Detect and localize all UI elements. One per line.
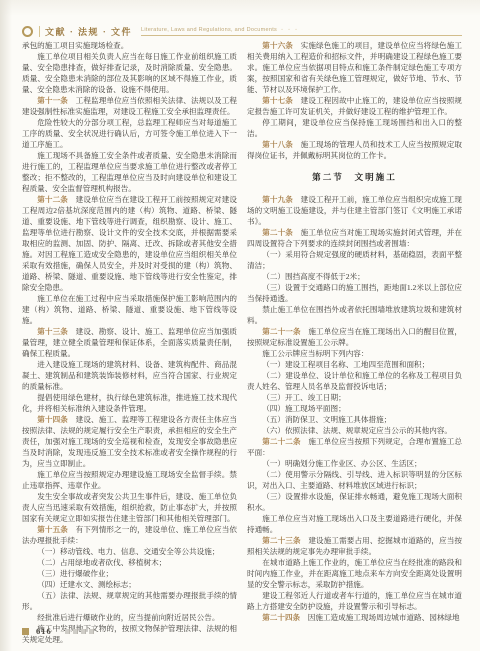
paragraph: （一）明确划分施工作业区、办公区、生活区； — [247, 458, 462, 469]
article-number: 第十九条 — [262, 195, 293, 204]
header-rule: Literature, Laws and Regulations, and Do… — [141, 27, 462, 36]
header-dots: ◦ ◦ ◦ — [281, 28, 299, 33]
paragraph: 禁止施工单位在围挡外或者依托围墙堆放建筑垃圾和建筑材料。 — [247, 304, 462, 326]
volume-mark — [89, 629, 94, 634]
paragraph: （五）法律、法规、规章规定的其他需要办理报批手续的情形。 — [22, 590, 237, 612]
paragraph: （二）使用警示分隔线、引导线、进入标识等明显的分区标识，对出入口、主要道路、材料… — [247, 469, 462, 491]
paragraph: （三）设置于交通路口的施工围挡，距地面1.2米以上部位应当保持通透。 — [247, 282, 462, 304]
volume-marks-icon — [65, 629, 94, 634]
paragraph: 第二十一条 施工单位应当在施工现场出入口的醒目位置，按照规定标准设置施工公示牌。 — [247, 326, 462, 348]
footer-square-icon — [22, 628, 29, 635]
right-column: 第十六条 实施绿色施工的项目，建设单位应当将绿色施工相关费用纳入工程造价和招标文… — [247, 40, 462, 645]
paragraph: 第十四条 建设、施工、监理等工程建设各方责任主体应当按照法律、法规的规定履行安全… — [22, 414, 237, 469]
article-number: 第十六条 — [262, 41, 293, 50]
volume-mark — [73, 629, 78, 634]
article-number: 第二十一条 — [262, 327, 300, 336]
volume-mark — [81, 629, 86, 634]
page-footer: 616 — [22, 626, 94, 636]
paragraph: （二）围挡高度不得低于2米； — [247, 271, 462, 282]
paragraph: （五）消防保卫、文明施工具体措施； — [247, 414, 462, 425]
paragraph: （三）设置排水设施，保证排水畅通，避免施工现场大面积积水。 — [247, 491, 462, 513]
document-page: 文献 · 法规 · 文件 Literature, Laws and Regula… — [0, 0, 480, 651]
paragraph: （一）移动管线、电力、信息、交通安全等公共设施； — [22, 546, 237, 557]
page-header: 文献 · 法规 · 文件 Literature, Laws and Regula… — [22, 23, 462, 39]
paragraph: 施工单位在施工过程中应当采取措施保护施工影响范围内的建（构）筑物、道路、桥梁、隧… — [22, 293, 237, 326]
scan-left-edge-shadow — [0, 0, 12, 651]
left-column: 承包的施工项目实施现场检查。施工单位项目相关负责人应当在每日施工作业前组织施工质… — [22, 40, 237, 645]
paragraph: 承包的施工项目实施现场检查。 — [22, 40, 237, 51]
paragraph: 第二十三条 建设施工需要占用、挖掘城市道路的，应当按照相关法规的规定事先办理审批… — [247, 535, 462, 557]
article-number: 第十二条 — [37, 195, 68, 204]
header-title-en: Literature, Laws and Regulations, and Do… — [141, 27, 277, 33]
paragraph: （四）迁建水文、测绘标志； — [22, 579, 237, 590]
paragraph: （一）采用符合规定强度的硬质材料，基础稳固，表面平整清洁； — [247, 249, 462, 271]
article-number: 第十四条 — [37, 415, 68, 424]
paragraph: 第十一条 工程监理单位应当依照相关法律、法规以及工程建设强制性标准实施监理，对建… — [22, 95, 237, 117]
paragraph: （四）施工现场平面图； — [247, 403, 462, 414]
article-number: 第二十四条 — [262, 613, 300, 622]
article-number: 第二十二条 — [262, 437, 300, 446]
paragraph: 第十五条 有下列情形之一的，建设单位、施工单位应当依法办理报批手续： — [22, 524, 237, 546]
article-number: 第十八条 — [262, 140, 293, 149]
ring-icon — [22, 26, 33, 37]
paragraph: 提倡使用绿色建材，执行绿色建筑标准，推进施工技术现代化，并将相关标准纳入建设条件… — [22, 392, 237, 414]
paragraph: 施工单位项目相关负责人应当在每日施工作业前组织施工质量、安全隐患排查，做好排查记… — [22, 51, 237, 95]
paragraph: （三）开工、竣工日期； — [247, 392, 462, 403]
paragraph: 危险性较大的分部分项工程，总监理工程师应当对每道施工工序的质量、安全状况进行确认… — [22, 117, 237, 150]
paragraph: 第十七条 建设工程因故中止施工的，建设单位应当按照规定报告施工许可发证机关，并做… — [247, 95, 462, 117]
paragraph: 第二十四条 因施工造成施工现场周边城市道路、园林绿地 — [247, 612, 462, 623]
paragraph: 施工公示牌应当标明下列内容： — [247, 348, 462, 359]
paragraph: 施工现场不具备施工安全条件或者质量、安全隐患未消除而进行施工的，工程监理单位应当… — [22, 150, 237, 194]
page-number: 616 — [36, 626, 52, 636]
paragraph: 第十九条 建设工程开工前，施工单位应当组织完成施工现场的文明施工设施建设，并与住… — [247, 194, 462, 227]
paragraph: （一）建设工程项目名称、工地四至范围和面积； — [247, 359, 462, 370]
paragraph: 第十六条 实施绿色施工的项目，建设单位应当将绿色施工相关费用纳入工程造价和招标文… — [247, 40, 462, 95]
paragraph: （三）进行爆破作业； — [22, 568, 237, 579]
paragraph: 第十二条 建设单位应当在建设工程开工前按照规定对建设工程周边2倍基坑深度范围内的… — [22, 194, 237, 293]
paragraph: 经批准后进行爆破作业的，应当提前向附近居民公告。 — [22, 612, 237, 623]
paragraph: 在城市道路上施工作业的，施工单位应当在经批准的路段和时间内施工作业，并在距离施工… — [247, 557, 462, 590]
header-title-cn: 文献 · 法规 · 文件 — [45, 25, 132, 38]
paragraph: 施工单位应当按照规定办理建设施工现场安全监督手续。禁止违章指挥、违章作业。 — [22, 469, 237, 491]
article-number: 第十五条 — [37, 525, 68, 534]
paragraph: 第十八条 施工现场的管理人员和技术工人应当按照规定取得岗位证书，并佩戴标明其岗位… — [247, 139, 462, 161]
paragraph: 第十三条 建设、勘察、设计、施工、监理单位应当加强质量管理，建立健全质量管理和保… — [22, 326, 237, 359]
scan-top-shadow — [0, 0, 480, 16]
article-number: 第十三条 — [37, 327, 68, 336]
text-columns: 承包的施工项目实施现场检查。施工单位项目相关负责人应当在每日施工作业前组织施工质… — [22, 40, 462, 645]
volume-mark — [65, 629, 70, 634]
paragraph: 施工单位应当对施工现场出入口及主要道路进行硬化，并保持通畅。 — [247, 513, 462, 535]
paragraph: 进入建设施工现场的建筑材料、设备、建筑构配件、商品混凝土、建筑制品和建筑装饰装修… — [22, 359, 237, 392]
paragraph: 停工期间，建设单位应当保持施工现场围挡和出入口的整洁。 — [247, 117, 462, 139]
paragraph: （六）依照法律、法规、规章规定应当公示的其他内容。 — [247, 425, 462, 436]
header-divider — [39, 26, 40, 37]
paragraph: （二）建设单位、设计单位和施工单位的名称及工程项目负责人姓名、管理人员名单及监督… — [247, 370, 462, 392]
article-number: 第二十三条 — [262, 536, 300, 545]
paragraph: （二）占用绿地或者砍伐、移植树木； — [22, 557, 237, 568]
paragraph: 第二十二条 施工单位应当按照下列规定，合理布置施工总平面： — [247, 436, 462, 458]
article-number: 第十一条 — [37, 96, 68, 105]
article-number: 第十七条 — [262, 96, 293, 105]
paragraph: 建设工程邻近人行道或者车行道的，施工单位应当在城市道路上方搭建安全防护设施，并设… — [247, 590, 462, 612]
article-number: 第二十条 — [262, 228, 293, 237]
paragraph: 第二十条 施工单位应当对施工现场实施封闭式管理，并在四周设置符合下列要求的连续封… — [247, 227, 462, 249]
paragraph: 发生安全事故或者突发公共卫生事件后，建设、施工单位负责人应当迅速采取有效措施，组… — [22, 491, 237, 524]
section-heading: 第二节 文明施工 — [247, 171, 462, 183]
